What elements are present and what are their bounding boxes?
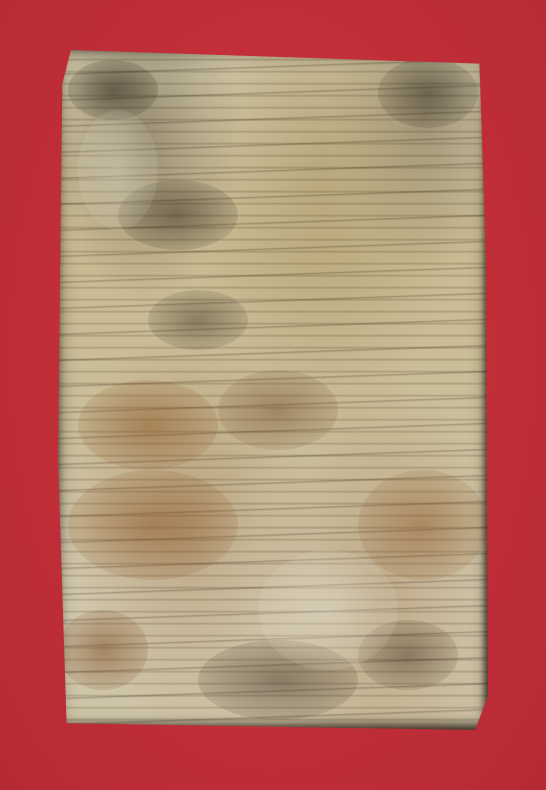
tablet-edge-shadow [58, 50, 488, 730]
amulet-tablet [58, 50, 488, 730]
